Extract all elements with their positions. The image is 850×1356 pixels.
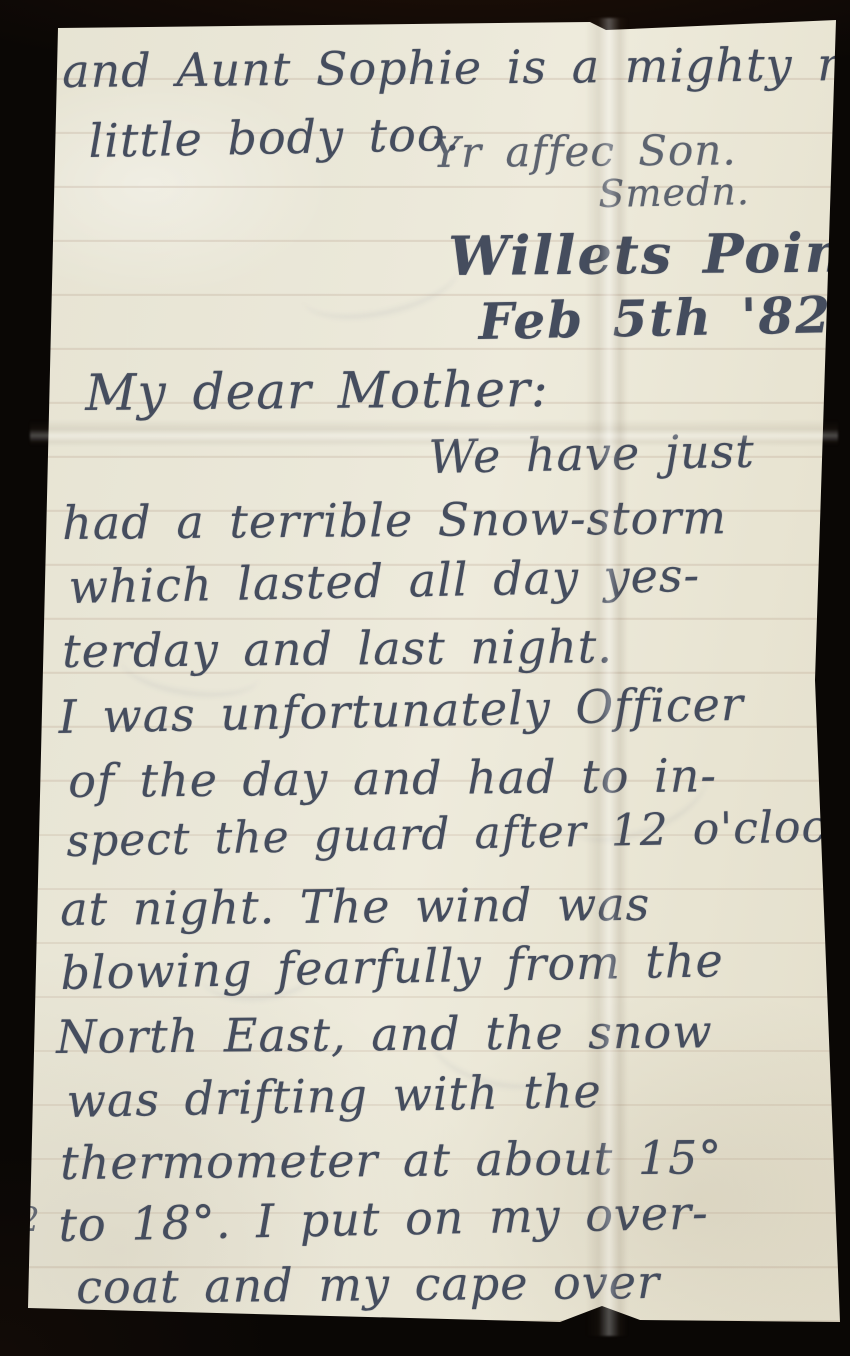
letter-line-body: to 18°. I put on my over- <box>58 1186 709 1252</box>
letter-line-body: spect the guard after 12 o'clock <box>66 801 850 867</box>
letter-line-continuation: little body too. <box>88 107 461 168</box>
letter-line-body: of the day and had to in- <box>68 748 717 808</box>
letter-line-continuation: and Aunt Sophie is a mighty nice <box>62 37 850 98</box>
letter-line-body: coat and my cape over <box>76 1255 660 1314</box>
letter-line-body: I was unfortunately Officer <box>58 677 744 744</box>
letter-paper: and Aunt Sophie is a mighty nicelittle b… <box>0 0 850 1356</box>
letter-line-body: was drifting with the <box>66 1064 602 1128</box>
letter-line-date: Feb 5th '82 <box>478 285 833 351</box>
letter-line-body: We have just <box>428 424 755 484</box>
letter-line-body: at night. The wind was <box>60 877 650 936</box>
letter-line-body: had a terrible Snow-storm <box>62 490 727 550</box>
letter-line-body: North East, and the snow <box>56 1004 713 1064</box>
letter-photograph: and Aunt Sophie is a mighty nicelittle b… <box>0 0 850 1356</box>
letter-line-body: blowing fearfully from the <box>60 933 724 1000</box>
letter-line-body: which lasted all day yes- <box>68 548 700 614</box>
letter-line-body: thermometer at about 15° <box>60 1130 723 1190</box>
letter-line-salutation: My dear Mother: <box>85 360 549 422</box>
ink-showthrough-mark <box>295 234 465 332</box>
letter-line-body: terday and last night. <box>62 619 613 678</box>
letter-line-place: Willets Point <box>448 220 850 288</box>
stray-margin-mark: 2 <box>18 1200 40 1240</box>
letter-line-signature: Smedn. <box>598 169 750 216</box>
